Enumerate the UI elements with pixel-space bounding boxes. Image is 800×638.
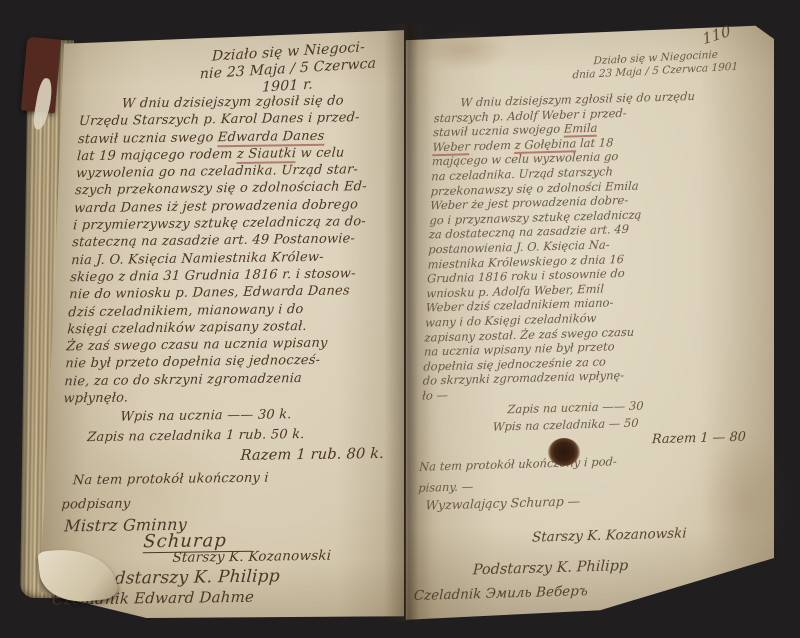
right-page-body: W dniu dzisiejszym zgłosił się do urzędu…: [422, 87, 765, 403]
line-segment: w celu: [296, 145, 345, 161]
fee-total-line: Razem 1 rub. 80 k.: [60, 445, 399, 467]
signature-line: Podstarszy K. Philipp: [414, 555, 744, 579]
closing-line: Na tem protokół ukończony i pod-: [419, 451, 749, 475]
left-page-text: W dniu dzisiejszym zgłosił się doUrzędu …: [52, 91, 419, 608]
underlined-name: z Siautki: [236, 146, 296, 164]
closing-line: Na tem protokół ukończony i: [58, 468, 397, 490]
manuscript-line: wpłynęło.: [63, 386, 402, 408]
signature-line: Starszy K. Kozanowski: [416, 525, 746, 549]
line-segment: stawił ucznia swego: [78, 130, 219, 147]
fee-line: Wpis na ucznia —— 30 k.: [62, 405, 401, 427]
line-segment: lat 19 mającego rodem: [77, 147, 238, 164]
right-page-text: W dniu dzisiejszym zgłosił się do urzędu…: [413, 87, 764, 604]
fee-line: Zapis na czeladnika 1 rub. 50 k.: [61, 424, 400, 446]
manuscript-photo: Działo się w Niegoci- nie 23 Maja / 5 Cz…: [0, 0, 800, 638]
left-page-body: W dniu dzisiejszym zgłosił się doUrzędu …: [63, 91, 418, 407]
line-segment: rodem: [470, 138, 515, 153]
line-segment: lat 18: [576, 135, 614, 150]
ink-blot-stain: [548, 438, 580, 466]
closing-line: podpisany: [57, 491, 396, 513]
